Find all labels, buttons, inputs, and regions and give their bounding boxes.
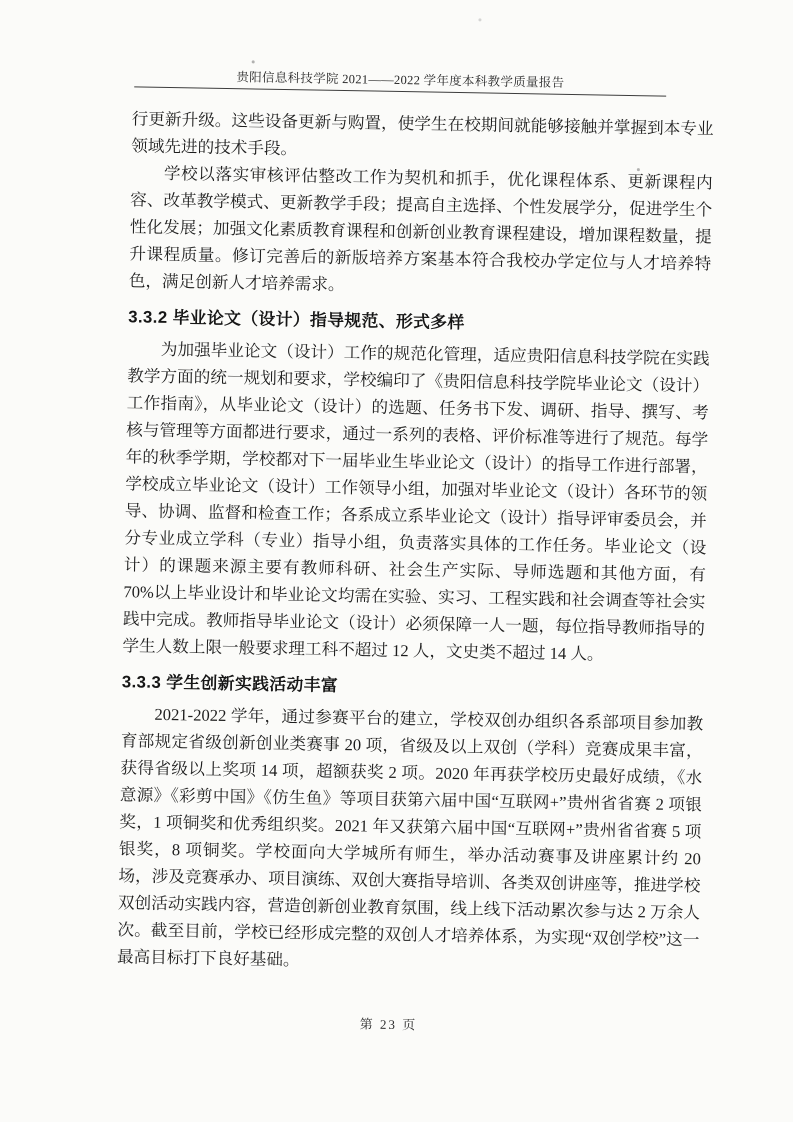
body-paragraph-thesis: 为加强毕业论文（设计）工作的规范化管理，适应贵阳信息科技学院在实践教学方面的统一… — [122, 335, 710, 669]
scanned-sheet: 贵阳信息科技学院 2021——2022 学年度本科教学质量报告 行更新升级。这些… — [0, 0, 793, 1122]
scan-speck — [252, 60, 255, 63]
body-paragraph-innovation: 2021-2022 学年，通过参赛平台的建立，学校双创办组织各系部项目参加教育部… — [117, 700, 704, 980]
page-body: 行更新升级。这些设备更新与购置，使学生在校期间就能够接触并掌握到本专业领域先进的… — [117, 105, 714, 980]
section-heading-3-3-2: 3.3.2 毕业论文（设计）指导规范、形式多样 — [128, 303, 710, 340]
scan-speck — [478, 18, 481, 21]
section-heading-3-3-3: 3.3.3 学生创新实践活动丰富 — [122, 668, 704, 705]
document-page: 贵阳信息科技学院 2021——2022 学年度本科教学质量报告 行更新升级。这些… — [0, 0, 793, 1122]
page-header: 贵阳信息科技学院 2021——2022 学年度本科教学质量报告 — [134, 65, 666, 96]
scan-speck — [637, 168, 640, 171]
body-paragraph-curriculum: 学校以落实审核评估整改工作为契机和抓手，优化课程体系、更新课程内容、改革教学模式… — [129, 159, 713, 304]
page-number: 第 23 页 — [0, 1007, 785, 1040]
